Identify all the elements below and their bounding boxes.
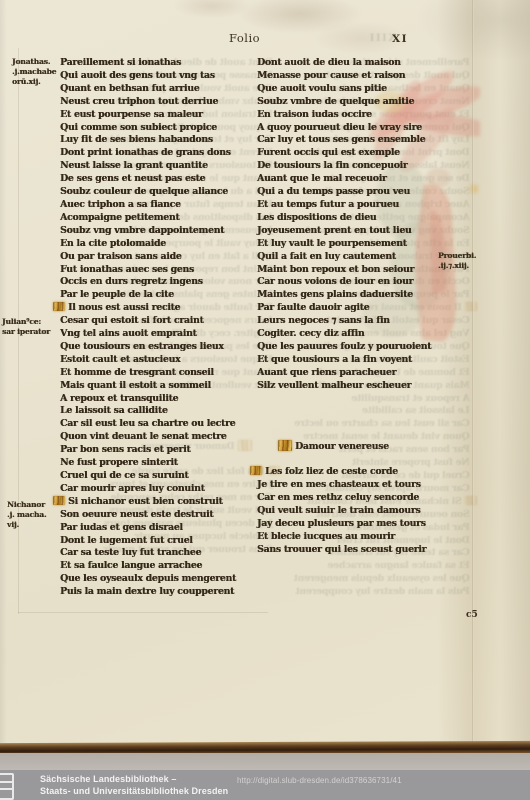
verse-line: Que les oyseaulx depuis mengerent — [294, 573, 470, 586]
verse-line: Maint bon repoux et bon seiour — [257, 264, 431, 277]
verse-text: Acompaigne petitement — [60, 212, 179, 223]
verse-line: Et homme de tresgrant conseil — [60, 367, 236, 380]
verse-text: Je tire en mes chasteaux et tours — [257, 479, 421, 490]
verse-line: Luy fit de ses biens habandons — [60, 134, 236, 147]
folio-number: XI — [392, 33, 408, 45]
verse-line: Et sa faulce langue arrachee — [60, 560, 236, 573]
verse-line: Dont le iugement fut cruel — [60, 535, 236, 548]
verse-line: Et luy vault le pourpensement — [257, 238, 431, 251]
verse-text: Quon vint deuant le senat mectre — [60, 431, 226, 442]
verse-text: Auant que riens paracheuer — [257, 367, 396, 378]
verse-line: Et au temps futur a pourueu — [257, 199, 431, 212]
verse-text: Par iudas et gens disrael — [60, 522, 183, 533]
marginal-note-line: sar iperator — [2, 327, 50, 337]
verse-text: Et blecie iucques au mourir — [257, 531, 395, 542]
verse-text: Si nichanor eust bien construit — [68, 496, 223, 507]
verse-text: Que les oyseaulx depuis mengerent — [60, 573, 236, 584]
verse-line: Estoit cault et astucieux — [60, 354, 236, 367]
verse-line: Par iudas et gens disrael — [60, 522, 236, 535]
verse-text: Que tousiours en estranges lieux — [60, 341, 224, 352]
verse-text: Et eust pourpense sa maleur — [60, 109, 203, 120]
verse-text: Dont print ionathas de grans dons — [60, 147, 231, 158]
verse-line: Les dispositions de dieu — [257, 212, 431, 225]
verse-text: Quant en bethsan fut arriue — [60, 83, 199, 94]
verse-text: Estoit cault et astucieux — [60, 354, 180, 365]
verse-line: Auec triphon a sa fiance — [60, 199, 236, 212]
verse-line: Si nichanor eust bien construit — [60, 496, 236, 509]
verse-line: Auant que riens paracheuer — [257, 367, 431, 380]
verse-line: Ne fust propere sinterit — [60, 457, 236, 470]
verse-text: Auant que le mal receuoir — [257, 173, 387, 184]
marginal-note-line: Jonathas. — [12, 57, 56, 67]
verse-text: Dont auoit de dieu la maison — [257, 57, 401, 68]
verse-text: Puis la main dextre luy coupperent — [60, 586, 234, 597]
verse-text: Et que tousiours a la fin voyent — [257, 354, 412, 365]
gold-paraph-initial-icon — [250, 466, 262, 475]
verse-text: Mais quant il estoit a sommeil — [60, 380, 211, 391]
verse-text: Car sa teste luy fut tranchee — [60, 547, 201, 558]
gold-paraph-initial-icon — [465, 302, 477, 311]
verse-line: Jay deceu plusieurs par mes tours — [257, 518, 431, 531]
verse-line: Furent occis qui est exemple — [257, 147, 431, 160]
verse-line: Silz veullent malheur escheuer — [257, 380, 431, 393]
verse-text: Car en mes rethz celuy sencorde — [257, 492, 419, 503]
verse-line: Que les pauures foulz y pouruoient — [257, 341, 431, 354]
library-name: Sächsische Landesbibliothek – Staats- un… — [40, 774, 228, 797]
marginal-note-line: Julian⁹ce: — [2, 317, 50, 327]
verse-text: De tousiours la fin concepuoir — [257, 160, 407, 171]
marginal-note-line: orū.xij. — [12, 77, 56, 87]
verse-text: Car nous voions de iour en iour — [257, 276, 413, 287]
verse-text: Furent occis qui est exemple — [257, 147, 400, 158]
page-fold-line — [472, 0, 474, 750]
verse-line: Dont print ionathas de grans dons — [60, 147, 236, 160]
verse-text: Car mourir apres luy conuint — [60, 483, 205, 494]
verse-line: Car sil eust leu sa chartre ou lectre — [60, 418, 236, 431]
verse-line: Et sa faulce langue arrachee — [294, 560, 470, 573]
verse-text: Que les pauures foulz y pouruoient — [257, 341, 431, 352]
verse-text: Par le peuple de la cite — [60, 289, 174, 300]
verse-line: En traison iudas occire — [257, 109, 431, 122]
verse-line: A quoy pourueut dieu le vray sire — [257, 122, 431, 135]
quire-signature: c5 — [466, 610, 478, 620]
verse-line: Sans trouuer qui les sceust guerir — [257, 544, 431, 557]
verse-text: Leurs negoces ⁊ sans la fin — [257, 315, 390, 326]
verse-text: Que les oyseaulx depuis mengerent — [294, 573, 470, 584]
verse-line: Soubz vng vmbre dappointement — [60, 225, 236, 238]
marginal-note-line: Nichanor — [7, 500, 46, 510]
verse-line: Neust creu triphon tout derriue — [60, 96, 236, 109]
verse-text: Neust laisse la grant quantite — [60, 160, 208, 171]
library-name-line1: Sächsische Landesbibliothek – — [40, 774, 176, 784]
verse-line: A repoux et transquilite — [60, 393, 236, 406]
verse-text: Quil a fait en luy cautement — [257, 251, 396, 262]
verse-line: Menasse pour cause et raison — [257, 70, 431, 83]
verse-line: Que tousiours en estranges lieux — [60, 341, 236, 354]
verse-line: Neust laisse la grant quantite — [60, 160, 236, 173]
verse-text: Les dispositions de dieu — [257, 212, 376, 223]
verse-line: Cesar qui estoit si fort craint — [60, 315, 236, 328]
verse-line: Par faulte dauoir agite — [257, 302, 431, 315]
verse-text: Soubz vmbre de quelque amitie — [257, 96, 414, 107]
source-url: http://digital.slub-dresden.de/id3786367… — [237, 776, 402, 785]
verse-line: Mais quant il estoit a sommeil — [60, 380, 236, 393]
verse-line: Car en mes rethz celuy sencorde — [257, 492, 431, 505]
verse-line: Son oeuure neust este destruit — [60, 509, 236, 522]
verse-text: Maintes gens plains daduersite — [257, 289, 413, 300]
verse-text: Qui comme son subiect propice — [60, 122, 217, 133]
verse-line: Ou par traison sans aide — [60, 251, 236, 264]
verse-line: De ses gens et neust pas este — [60, 173, 236, 186]
verse-text: Il nous est aussi recite — [68, 302, 180, 313]
verse-text: Luy fit de ses biens habandons — [60, 134, 213, 145]
verse-line: Puis la main dextre luy coupperent — [294, 586, 470, 599]
verse-text: Son oeuure neust este destruit — [60, 509, 213, 520]
verse-text: En la cite ptolomaide — [60, 238, 166, 249]
verse-text: Fut ionathas auec ses gens — [60, 264, 194, 275]
slub-logo-icon — [0, 773, 14, 800]
verse-text: Menasse pour cause et raison — [257, 70, 405, 81]
verse-text: Par bon sens racis et perit — [60, 444, 190, 455]
verse-text: Qui auoit des gens tout vng tas — [60, 70, 215, 81]
verse-text: Car luy et tous ses gens ensemble — [257, 134, 425, 145]
library-name-line2: Staats- und Universitätsbibliothek Dresd… — [40, 786, 228, 796]
verse-line: De tousiours la fin concepuoir — [257, 160, 431, 173]
text-column-right: Dont auoit de dieu la maisonMenasse pour… — [257, 57, 431, 557]
verse-text: Auec triphon a sa fiance — [60, 199, 181, 210]
verse-text: Les folz liez de ceste corde — [265, 466, 398, 477]
verse-text: Ne fust propere sinterit — [60, 457, 178, 468]
verse-text: Et sa faulce langue arrachee — [328, 560, 470, 571]
verse-line: Je tire en mes chasteaux et tours — [257, 479, 431, 492]
verse-text: Sans trouuer qui les sceust guerir — [257, 544, 426, 555]
verse-line: Maintes gens plains daduersite — [257, 289, 431, 302]
digitized-page-view: XIII Pareillement si ionathasQui auoit d… — [0, 0, 530, 800]
verse-line: Car nous voions de iour en iour — [257, 276, 431, 289]
verse-line: Et eust pourpense sa maleur — [60, 109, 236, 122]
verse-line: Que auoit voulu sans pitie — [257, 83, 431, 96]
verse-line: Dont auoit de dieu la maison — [257, 57, 431, 70]
verse-line: Il nous est aussi recite — [60, 302, 236, 315]
verse-text: Et homme de tresgrant conseil — [60, 367, 214, 378]
library-footer-bar: Sächsische Landesbibliothek – Staats- un… — [0, 770, 530, 800]
verse-line: Par bon sens racis et perit — [60, 444, 236, 457]
gold-paraph-initial-icon — [53, 302, 65, 311]
verse-line: Vng tel ains auoit empraint — [60, 328, 236, 341]
verse-text: De ses gens et neust pas este — [60, 173, 205, 184]
verse-text: Et luy vault le pourpensement — [257, 238, 407, 249]
verse-text: Neust creu triphon tout derriue — [60, 96, 218, 107]
verse-text: Cruel qui de ce sa suruint — [60, 470, 188, 481]
verse-text: Qui a du temps passe prou veu — [257, 186, 410, 197]
verse-line: Que les oyseaulx depuis mengerent — [60, 573, 236, 586]
verse-text: Dont le iugement fut cruel — [60, 535, 193, 546]
gold-paraph-initial-icon — [238, 440, 252, 451]
marginal-note-proverbs: Prouerbi. .ij.⁊.xiij. — [438, 251, 476, 271]
verse-line: Acompaigne petitement — [60, 212, 236, 225]
text-column-left: Pareillement si ionathasQui auoit des ge… — [60, 57, 236, 599]
verse-line: Qui a du temps passe prou veu — [257, 186, 431, 199]
verse-line: Qui veult suiuir le train damours — [257, 505, 431, 518]
verse-text: Puis la main dextre luy coupperent — [296, 586, 470, 597]
verse-line: Joyeusement prent en tout lieu — [257, 225, 431, 238]
marginal-note-line: vij. — [7, 520, 46, 530]
verse-text: Qui veult suiuir le train damours — [257, 505, 420, 516]
verse-text: Ou par traison sans aide — [60, 251, 181, 262]
verse-line: En la cite ptolomaide — [60, 238, 236, 251]
verse-text: Et au temps futur a pourueu — [257, 199, 399, 210]
verse-line: Par le peuple de la cite — [60, 289, 236, 302]
verse-text: Par faulte dauoir agite — [257, 302, 369, 313]
verse-line: Les folz liez de ceste corde — [257, 466, 431, 479]
verse-line: Auant que le mal receuoir — [257, 173, 431, 186]
folio-label: Folio — [229, 31, 260, 45]
verse-line: Car luy et tous ses gens ensemble — [257, 134, 431, 147]
verse-line: Et blecie iucques au mourir — [257, 531, 431, 544]
verse-text: Joyeusement prent en tout lieu — [257, 225, 411, 236]
verse-line: Cruel qui de ce sa suruint — [60, 470, 236, 483]
verse-text: Silz veullent malheur escheuer — [257, 380, 411, 391]
verse-line: Soubz vmbre de quelque amitie — [257, 96, 431, 109]
verse-line: Qui comme son subiect propice — [60, 122, 236, 135]
verse-line: Quil a fait en luy cautement — [257, 251, 431, 264]
verse-line: Le laissoit sa callidite — [60, 405, 236, 418]
verse-text: Et sa faulce langue arrachee — [60, 560, 202, 571]
verse-text: Maint bon repoux et bon seiour — [257, 264, 414, 275]
marginal-note-line: Prouerbi. — [438, 251, 476, 261]
verse-text: Car sil eust leu sa chartre ou lectre — [60, 418, 235, 429]
verse-line: Soubz couleur de quelque aliance — [60, 186, 236, 199]
verse-text: A repoux et transquilite — [60, 393, 178, 404]
verse-line: Cogiter. cecy diz affin — [257, 328, 431, 341]
marginal-note-line: .j.machabe — [12, 67, 56, 77]
verse-line: Et que tousiours a la fin voyent — [257, 354, 431, 367]
section-heading: Damour venereuse — [285, 440, 431, 454]
verse-text: Vng tel ains auoit empraint — [60, 328, 197, 339]
verse-text: Soubz vng vmbre dappointement — [60, 225, 224, 236]
verse-text: Que auoit voulu sans pitie — [257, 83, 387, 94]
verse-line: Pareillement si ionathas — [60, 57, 236, 70]
verse-text: Occis en durs regretz ingens — [60, 276, 203, 287]
verse-line: Qui auoit des gens tout vng tas — [60, 70, 236, 83]
verse-text: Cesar qui estoit si fort craint — [60, 315, 204, 326]
ruled-frame-line-horizontal — [18, 612, 268, 613]
verse-line: Car sa teste luy fut tranchee — [60, 547, 236, 560]
verse-text: A quoy pourueut dieu le vray sire — [257, 122, 422, 133]
verse-text: Soubz couleur de quelque aliance — [60, 186, 228, 197]
verse-line: Puis la main dextre luy coupperent — [60, 586, 236, 599]
gold-paraph-initial-icon — [465, 496, 477, 505]
verse-line: Quon vint deuant le senat mectre — [60, 431, 236, 444]
gold-paraph-initial-icon — [53, 496, 65, 505]
manuscript-page: XIII Pareillement si ionathasQui auoit d… — [0, 0, 530, 750]
verse-text: Jay deceu plusieurs par mes tours — [257, 518, 426, 529]
verse-line: Leurs negoces ⁊ sans la fin — [257, 315, 431, 328]
verse-text: Pareillement si ionathas — [60, 57, 181, 68]
verse-line: Occis en durs regretz ingens — [60, 276, 236, 289]
verse-line: Quant en bethsan fut arriue — [60, 83, 236, 96]
marginal-note-julianus: Julian⁹ce: sar iperator — [2, 317, 50, 337]
verse-line: Fut ionathas auec ses gens — [60, 264, 236, 277]
marginal-note-jonathas: Jonathas. .j.machabe orū.xij. — [12, 57, 56, 86]
gold-paraph-initial-icon — [278, 440, 292, 451]
verse-text: Cogiter. cecy diz affin — [257, 328, 364, 339]
verse-text: Le laissoit sa callidite — [60, 405, 168, 416]
verse-line: Car mourir apres luy conuint — [60, 483, 236, 496]
verse-text: En traison iudas occire — [257, 109, 372, 120]
marginal-note-line: .j. macha. — [7, 510, 46, 520]
verse-text: Damour venereuse — [295, 441, 389, 452]
marginal-note-nichanor: Nichanor .j. macha. vij. — [7, 500, 46, 529]
marginal-note-line: .ij.⁊.xiij. — [438, 261, 476, 271]
